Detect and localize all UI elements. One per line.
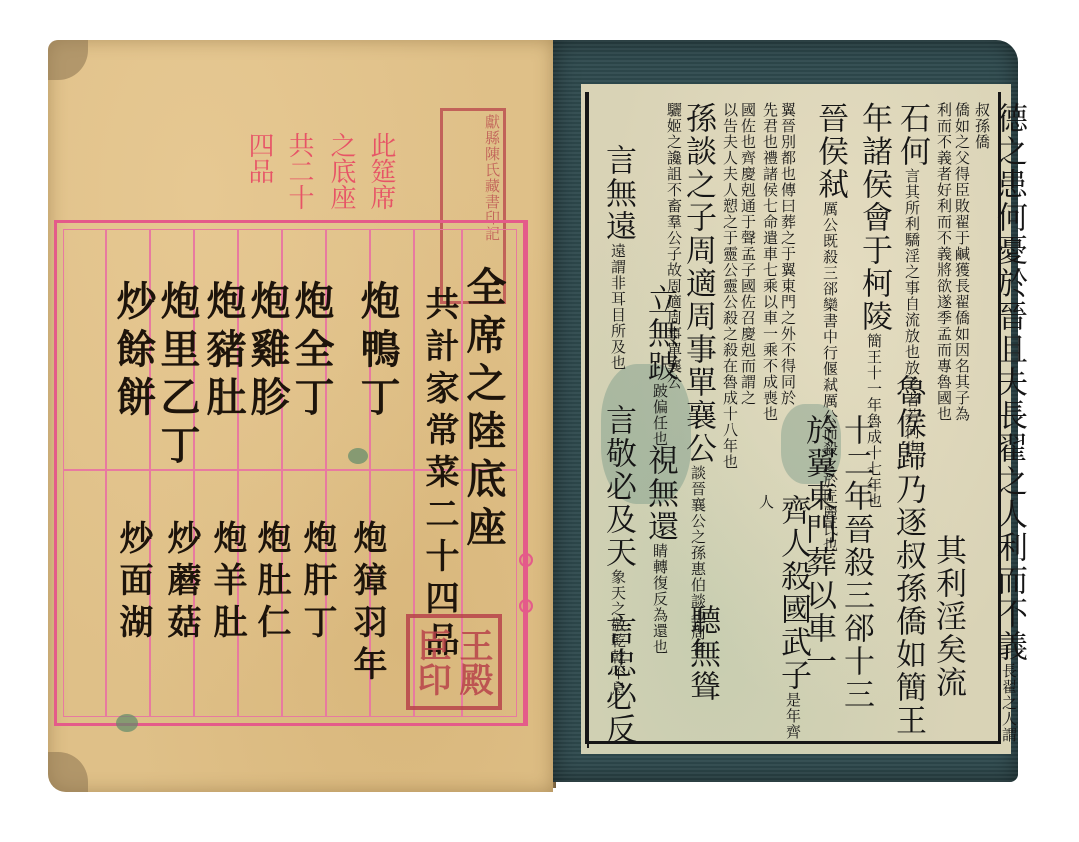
worn-corner-bottom [48, 752, 88, 792]
menu-item: 炒蘑菇 [158, 520, 204, 646]
menu-item: 炮雞胗 [244, 280, 290, 424]
ink-stain [348, 448, 368, 464]
ink-stain [116, 714, 138, 732]
text-column: 德之患何憂於晉且夫長翟之人利而不義長翟之人謂叔孫僑 [973, 102, 1026, 754]
worn-corner-top [48, 40, 88, 80]
binding-mark [519, 599, 533, 613]
text-column-note: 以告夫人夫人愬之于靈公靈公殺之殺在魯成十八年也 [721, 102, 740, 470]
menu-item: 炒面湖 [110, 520, 156, 646]
binding-mark [519, 553, 533, 567]
text-column: 孫談之子周適周事單襄公談晉襄公之孫惠伯談也周者 [681, 102, 715, 657]
menu-item: 炮里乙丁 [154, 280, 200, 472]
text-column: 言忠必反 [601, 614, 635, 746]
text-column: 立無跛跛偏任也 [643, 284, 677, 447]
menu-item: 炮羊肚 [204, 520, 250, 646]
text-column: 視無還睛轉復反為還也 [643, 444, 677, 655]
left-page-menu: 此筵席 之底座 共二十 四品 獻縣陳氏藏書印記 全席之陸底座 共計家常菜二十四品… [48, 40, 553, 792]
menu-item: 炮獐羽年 [344, 520, 390, 688]
text-column: 其利淫矣流 [931, 534, 965, 699]
menu-heading-2: 共計家常菜二十四品 [416, 286, 462, 664]
text-column-note: 國佐也齊慶剋通于聲孟子國佐召慶剋而謂之 [739, 102, 758, 406]
printed-text-block: 德之患何憂於晉且夫長翟之人利而不義長翟之人謂叔孫僑 僑如之父得臣敗翟于鹹獲長翟僑… [581, 84, 1011, 754]
text-column-note: 先君也禮諸侯七命遣車七乘以車一乘不成喪也 [761, 102, 780, 422]
text-column: 言無遠遠謂非耳目所及也 [601, 144, 635, 371]
menu-item: 炮全丁 [288, 280, 334, 424]
text-column: 聽無聳 [685, 604, 719, 703]
text-column-note: 利而不義者好利而不義將欲遂季孟而專魯國也 [935, 102, 954, 422]
menu-heading-1: 全席之陸底座 [460, 266, 506, 554]
text-column: 魯侯歸乃逐叔孫僑如簡王 [891, 374, 925, 737]
text-column-note: 翼晉別都也傳曰葬之于翼東門之外不得同於 [779, 102, 798, 406]
right-page-commentary: 德之患何憂於晉且夫長翟之人利而不義長翟之人謂叔孫僑 僑如之父得臣敗翟于鹹獲長翟僑… [553, 40, 1018, 782]
printed-border-inner [587, 92, 589, 748]
menu-item: 炮豬肚 [200, 280, 246, 424]
text-column: 齊人殺國武子是年齊人 [757, 494, 810, 754]
grid-rule [105, 229, 107, 717]
owner-seal: 王殿臣印 [406, 614, 502, 710]
text-column-note: 僑如之父得臣敗翟于鹹獲長翟僑如因名其子為 [953, 102, 972, 422]
menu-item: 炮鴨丁 [354, 280, 400, 424]
menu-item: 炒餘餅 [110, 280, 156, 424]
menu-item: 炮肚仁 [248, 520, 294, 646]
menu-item: 炮肝丁 [294, 520, 340, 646]
